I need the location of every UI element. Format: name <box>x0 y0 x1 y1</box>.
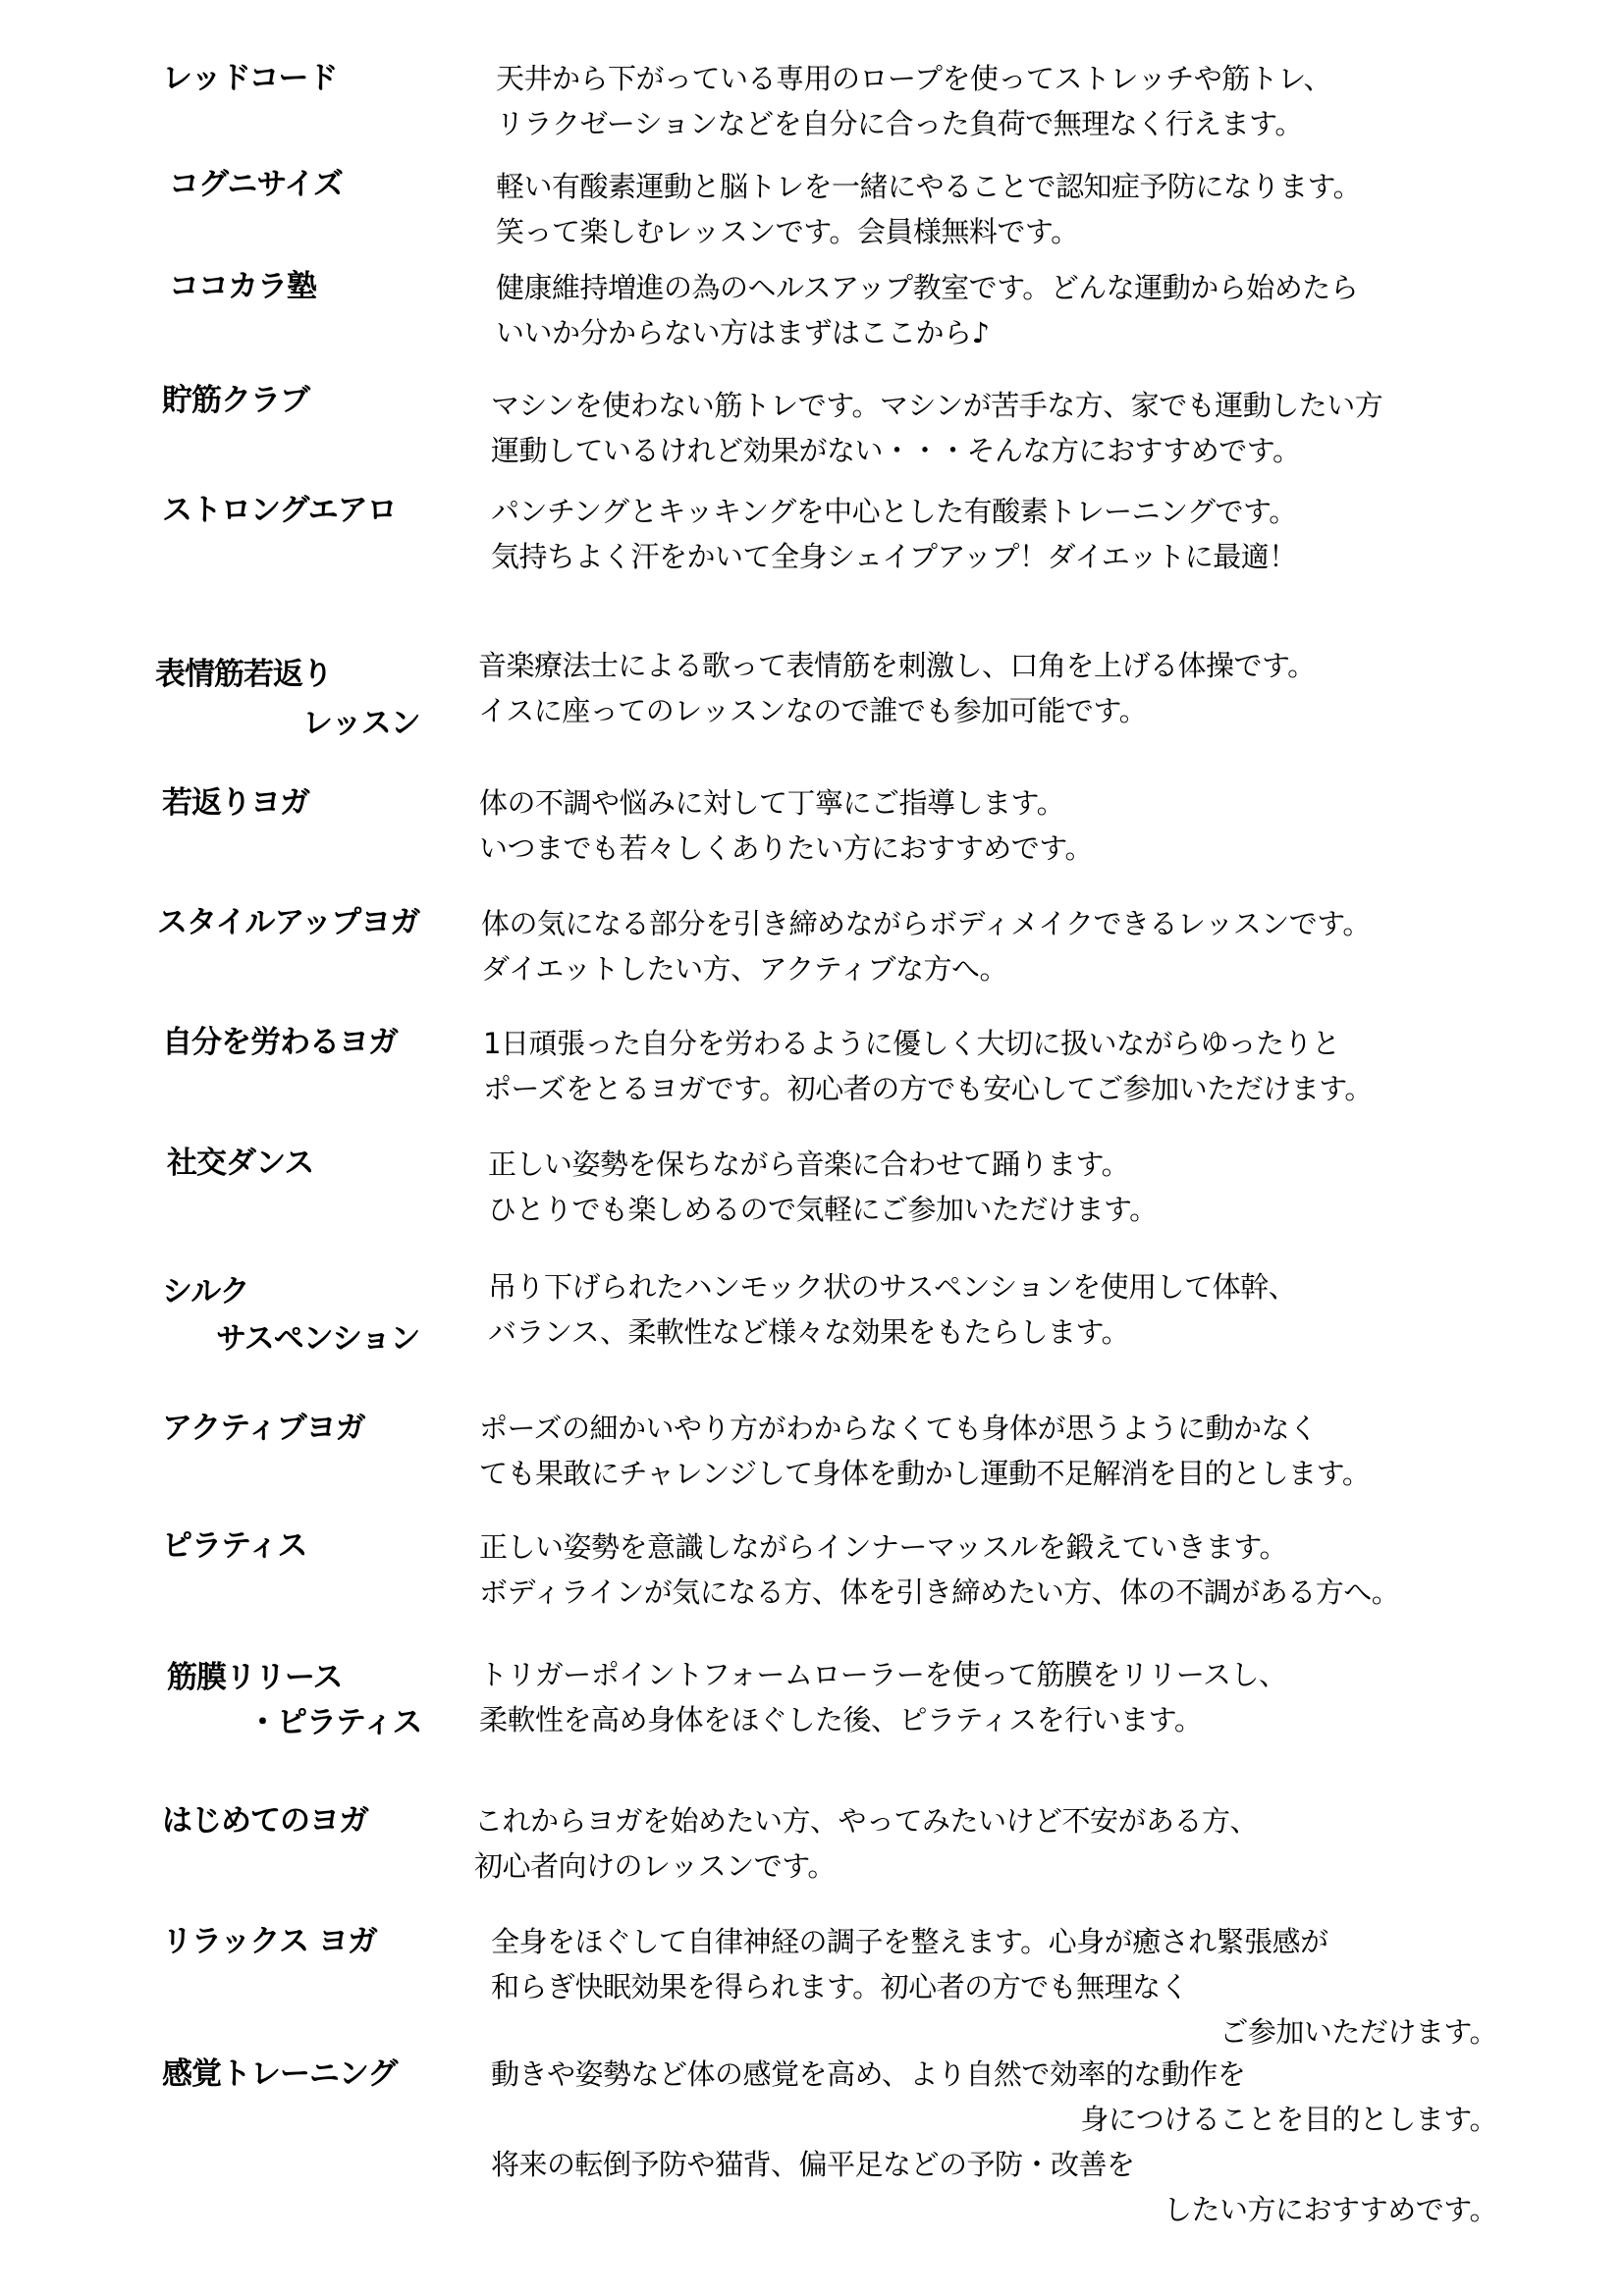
lesson-title-self-care-yoga: 自分を労わるヨガ <box>162 1023 398 1062</box>
lesson-description-active-yoga: ポーズの細かいやり方がわからなくても身体が思うように動かなく ても果敢にチャレン… <box>479 1406 1370 1496</box>
description-line: 軽い有酸素運動と脳トレを一緒にやることで認知症予防になります。 <box>496 164 1361 209</box>
lesson-description-kokokara-juku: 健康維持増進の為のヘルスアップ教室です。どんな運動から始めたら いいか分からない… <box>496 265 1358 355</box>
description-line: ボディラインが気になる方、体を引き締めたい方、体の不調がある方へ。 <box>479 1570 1399 1615</box>
description-line: 全身をほぐして自律神経の調子を整えます。心身が癒され緊張感が <box>491 1919 1497 1964</box>
lesson-description-rejuvenation-yoga: 体の不調や悩みに対して丁寧にご指導します。 いつまでも若々しくありたい方におすす… <box>479 780 1093 871</box>
lesson-title-silk-suspension: シルク サスペンション <box>162 1268 419 1362</box>
lesson-title-rejuvenation-yoga: 若返りヨガ <box>162 783 309 823</box>
description-line: 笑って楽しむレッスンです。会員様無料です。 <box>496 209 1361 254</box>
lesson-title-text: ストロングエアロ <box>162 491 397 530</box>
lesson-title-text: アクティブヨガ <box>162 1409 365 1448</box>
lesson-title-text: レッスン <box>155 699 420 748</box>
description-line: 天井から下がっている専用のロープを使ってストレッチや筋トレ、 <box>496 56 1331 101</box>
lesson-description-page: レッドコード 天井から下がっている専用のロープを使ってストレッチや筋トレ、 リラ… <box>0 0 1624 2296</box>
lesson-title-strong-aero: ストロングエアロ <box>162 491 397 530</box>
lesson-title-text: 社交ダンス <box>167 1144 313 1183</box>
description-line: イスに座ってのレッスンなので誰でも参加可能です。 <box>478 688 1316 733</box>
description-line: 1日頑張った自分を労わるように優しく大切に扱いながらゆったりと <box>483 1021 1373 1066</box>
description-line: トリガーポイントフォームローラーを使って筋膜をリリースし、 <box>479 1652 1286 1697</box>
description-line: ご参加いただけます。 <box>491 2009 1497 2055</box>
description-line: 正しい姿勢を意識しながらインナーマッスルを鍛えていきます。 <box>479 1524 1399 1570</box>
description-line: ダイエットしたい方、アクティブな方へ。 <box>481 946 1371 991</box>
lesson-title-style-up-yoga: スタイルアップヨガ <box>157 903 419 942</box>
lesson-description-cognicise: 軽い有酸素運動と脳トレを一緒にやることで認知症予防になります。 笑って楽しむレッ… <box>496 164 1361 254</box>
description-line: 身につけることを目的とします。 <box>491 2097 1497 2142</box>
description-line: 正しい姿勢を保ちながら音楽に合わせて踊ります。 <box>488 1142 1158 1187</box>
lesson-title-text: ココカラ塾 <box>169 267 316 306</box>
lesson-title-text: コグニサイズ <box>169 165 343 204</box>
lesson-title-social-dance: 社交ダンス <box>167 1144 313 1183</box>
lesson-title-chokin-club: 貯筋クラブ <box>162 381 309 420</box>
description-line: ても果敢にチャレンジして身体を動かし運動不足解消を目的とします。 <box>479 1451 1370 1496</box>
lesson-description-first-yoga: これからヨガを始めたい方、やってみたいけど不安がある方、 初心者向けのレッスンで… <box>474 1798 1258 1889</box>
lesson-description-sensory-training: 動きや姿勢など体の感覚を高め、より自然で効率的な動作を 身につけることを目的とし… <box>491 2052 1497 2232</box>
lesson-title-kokokara-juku: ココカラ塾 <box>169 267 316 306</box>
lesson-title-text: はじめてのヨガ <box>162 1801 368 1841</box>
description-line: ひとりでも楽しめるので気軽にご参加いただけます。 <box>488 1187 1158 1232</box>
lesson-title-text: 表情筋若返り <box>155 650 420 699</box>
lesson-title-text: 感覚トレーニング <box>162 2055 397 2094</box>
lesson-title-text: ピラティス <box>162 1526 307 1566</box>
lesson-description-chokin-club: マシンを使わない筋トレです。マシンが苦手な方、家でも運動したい方 運動しているけ… <box>491 383 1382 473</box>
lesson-title-text: 自分を労わるヨガ <box>162 1023 398 1062</box>
description-line: これからヨガを始めたい方、やってみたいけど不安がある方、 <box>474 1798 1258 1843</box>
description-line: 体の不調や悩みに対して丁寧にご指導します。 <box>479 780 1093 826</box>
description-line: 気持ちよく汗をかいて全身シェイプアップ！ダイエットに最適！ <box>491 534 1297 579</box>
description-line: 健康維持増進の為のヘルスアップ教室です。どんな運動から始めたら <box>496 265 1358 310</box>
description-line: マシンを使わない筋トレです。マシンが苦手な方、家でも運動したい方 <box>491 383 1382 428</box>
lesson-title-text: シルク <box>162 1268 419 1315</box>
lesson-title-red-cord: レッドコード <box>162 59 337 98</box>
lesson-title-sensory-training: 感覚トレーニング <box>162 2055 397 2094</box>
description-line: バランス、柔軟性など様々な効果をもたらします。 <box>488 1309 1296 1355</box>
lesson-title-fascia-release-pilates: 筋膜リリース ・ピラティス <box>167 1655 422 1745</box>
description-line: ポーズの細かいやり方がわからなくても身体が思うように動かなく <box>479 1406 1370 1451</box>
description-line: 音楽療法士による歌って表情筋を刺激し、口角を上げる体操です。 <box>478 643 1316 688</box>
lesson-description-self-care-yoga: 1日頑張った自分を労わるように優しく大切に扱いながらゆったりと ポーズをとるヨガ… <box>483 1021 1373 1111</box>
lesson-title-first-yoga: はじめてのヨガ <box>162 1801 368 1841</box>
lesson-description-red-cord: 天井から下がっている専用のロープを使ってストレッチや筋トレ、 リラクゼーションな… <box>496 56 1331 146</box>
lesson-title-cognicise: コグニサイズ <box>169 165 343 204</box>
lesson-description-fascia-release-pilates: トリガーポイントフォームローラーを使って筋膜をリリースし、 柔軟性を高め身体をほ… <box>479 1652 1286 1742</box>
description-line: 将来の転倒予防や猫背、偏平足などの予防・改善を <box>491 2142 1497 2187</box>
description-line: リラクゼーションなどを自分に合った負荷で無理なく行えます。 <box>496 101 1331 146</box>
description-line: いつまでも若々しくありたい方におすすめです。 <box>479 826 1093 871</box>
lesson-description-style-up-yoga: 体の気になる部分を引き締めながらボディメイクできるレッスンです。 ダイエットした… <box>481 901 1371 991</box>
lesson-title-relax-yoga: リラックス ヨガ <box>162 1922 377 1961</box>
lesson-description-silk-suspension: 吊り下げられたハンモック状のサスペンションを使用して体幹、 バランス、柔軟性など… <box>488 1264 1296 1355</box>
lesson-description-relax-yoga: 全身をほぐして自律神経の調子を整えます。心身が癒され緊張感が 和らぎ快眠効果を得… <box>491 1919 1497 2055</box>
description-line: ポーズをとるヨガです。初心者の方でも安心してご参加いただけます。 <box>483 1066 1373 1111</box>
description-line: いいか分からない方はまずはここから♪ <box>496 310 1358 355</box>
description-line: 動きや姿勢など体の感覚を高め、より自然で効率的な動作を <box>491 2052 1497 2097</box>
lesson-title-facial-muscle: 表情筋若返り レッスン <box>155 650 420 748</box>
description-line: パンチングとキッキングを中心とした有酸素トレーニングです。 <box>491 489 1297 534</box>
lesson-description-pilates: 正しい姿勢を意識しながらインナーマッスルを鍛えていきます。 ボディラインが気にな… <box>479 1524 1399 1615</box>
lesson-title-text: スタイルアップヨガ <box>157 903 419 942</box>
lesson-title-text: サスペンション <box>162 1315 419 1362</box>
lesson-title-text: 貯筋クラブ <box>162 381 309 420</box>
description-line: 運動しているけれど効果がない・・・そんな方におすすめです。 <box>491 428 1382 473</box>
lesson-title-pilates: ピラティス <box>162 1526 307 1566</box>
description-line: 体の気になる部分を引き締めながらボディメイクできるレッスンです。 <box>481 901 1371 946</box>
lesson-title-active-yoga: アクティブヨガ <box>162 1409 365 1448</box>
description-line: したい方におすすめです。 <box>491 2187 1497 2232</box>
lesson-title-text: ・ピラティス <box>167 1700 422 1745</box>
description-line: 柔軟性を高め身体をほぐした後、ピラティスを行います。 <box>479 1697 1286 1742</box>
description-line: 吊り下げられたハンモック状のサスペンションを使用して体幹、 <box>488 1264 1296 1309</box>
lesson-title-text: 若返りヨガ <box>162 783 309 823</box>
lesson-description-social-dance: 正しい姿勢を保ちながら音楽に合わせて踊ります。 ひとりでも楽しめるので気軽にご参… <box>488 1142 1158 1232</box>
lesson-title-text: レッドコード <box>162 59 337 98</box>
lesson-description-strong-aero: パンチングとキッキングを中心とした有酸素トレーニングです。 気持ちよく汗をかいて… <box>491 489 1297 579</box>
description-line: 初心者向けのレッスンです。 <box>474 1843 1258 1889</box>
lesson-title-text: 筋膜リリース <box>167 1655 422 1700</box>
description-line: 和らぎ快眠効果を得られます。初心者の方でも無理なく <box>491 1964 1497 2009</box>
lesson-description-facial-muscle: 音楽療法士による歌って表情筋を刺激し、口角を上げる体操です。 イスに座ってのレッ… <box>478 643 1316 733</box>
lesson-title-text: リラックス ヨガ <box>162 1922 377 1961</box>
